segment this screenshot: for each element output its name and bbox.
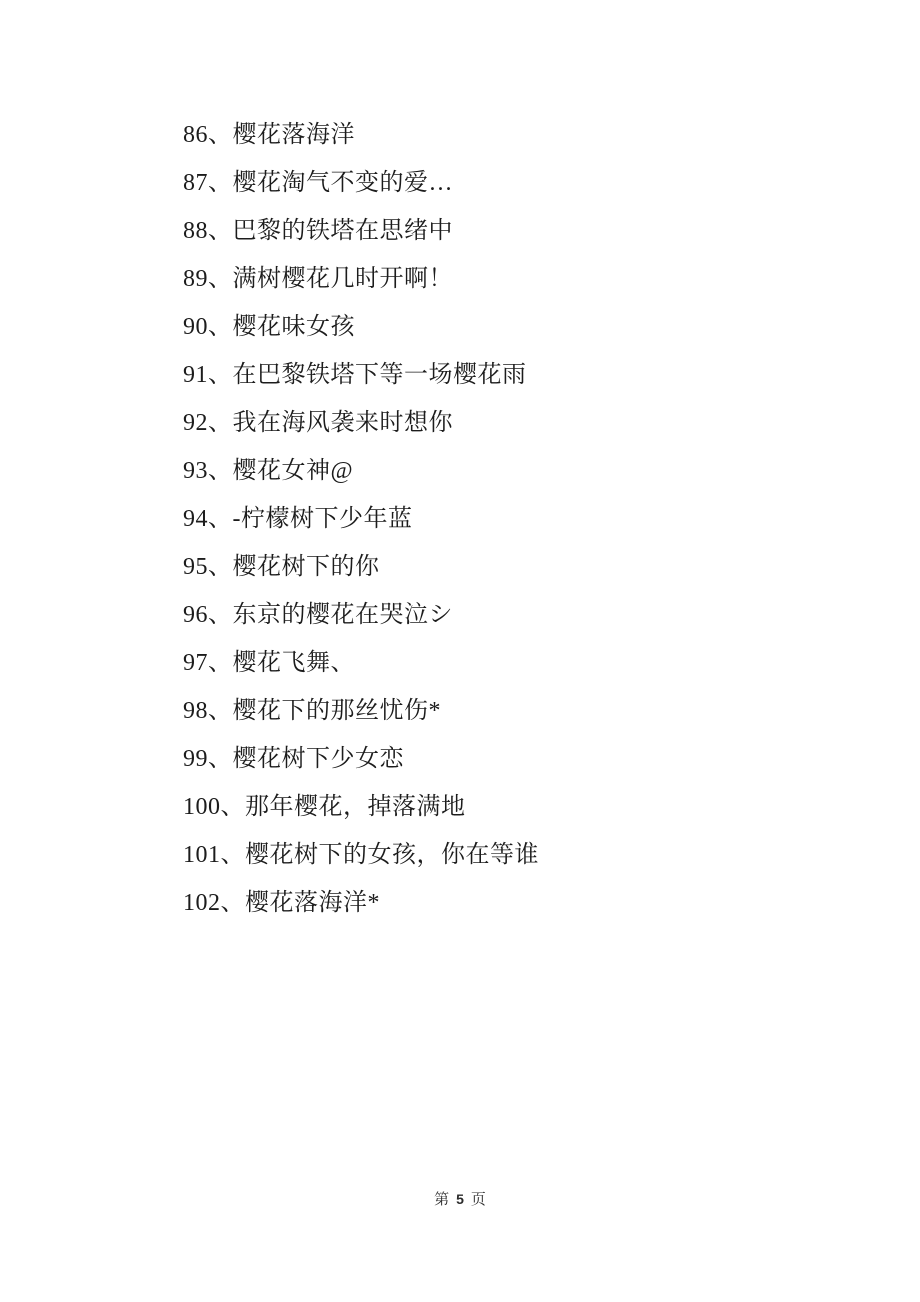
list-item: 95、樱花树下的你 xyxy=(183,543,539,591)
list-item: 96、东京的樱花在哭泣シ xyxy=(183,591,539,639)
list-item: 100、那年樱花，掉落满地 xyxy=(183,783,539,831)
list-item: 91、在巴黎铁塔下等一场樱花雨 xyxy=(183,351,539,399)
list-item: 98、樱花下的那丝忧伤* xyxy=(183,687,539,735)
list-item: 88、巴黎的铁塔在思绪中 xyxy=(183,207,539,255)
footer-prefix: 第 xyxy=(434,1192,449,1208)
page-footer: 第5页 xyxy=(0,1188,920,1209)
list-item: 86、樱花落海洋 xyxy=(183,111,539,159)
list-item: 87、樱花淘气不变的爱… xyxy=(183,159,539,207)
list-item: 101、樱花树下的女孩，你在等谁 xyxy=(183,831,539,879)
list-item: 90、樱花味女孩 xyxy=(183,303,539,351)
list-item: 94、-柠檬树下少年蓝 xyxy=(183,495,539,543)
list-item: 97、樱花飞舞、 xyxy=(183,639,539,687)
list-item: 89、满树樱花几时开啊！ xyxy=(183,255,539,303)
nickname-list: 86、樱花落海洋87、樱花淘气不变的爱…88、巴黎的铁塔在思绪中89、满树樱花几… xyxy=(183,111,539,927)
document-page: 86、樱花落海洋87、樱花淘气不变的爱…88、巴黎的铁塔在思绪中89、满树樱花几… xyxy=(0,0,920,1302)
footer-suffix: 页 xyxy=(471,1192,486,1208)
list-item: 102、樱花落海洋* xyxy=(183,879,539,927)
list-item: 99、樱花树下少女恋 xyxy=(183,735,539,783)
list-item: 92、我在海风袭来时想你 xyxy=(183,399,539,447)
page-number: 5 xyxy=(456,1191,464,1207)
list-item: 93、樱花女神@ xyxy=(183,447,539,495)
